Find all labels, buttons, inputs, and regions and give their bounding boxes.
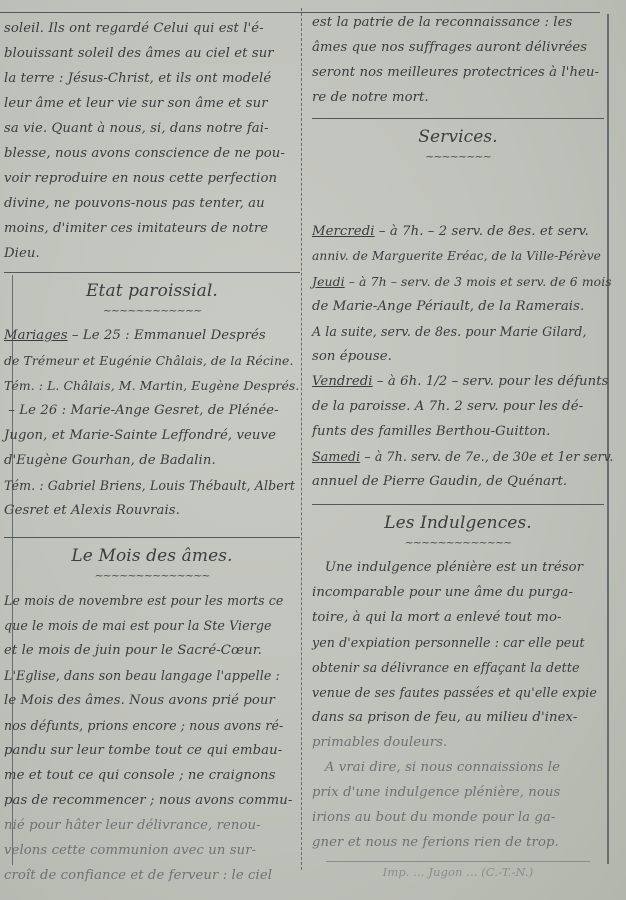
section-title: Etat paroissial. xyxy=(4,277,300,305)
right-column: est la patrie de la reconnaissance : les… xyxy=(312,10,604,882)
text-line: pas de recommencer ; nous avons commu- xyxy=(4,788,300,813)
service-entry-vendredi: Vendredi – à 6h. 1/2 – serv. pour les dé… xyxy=(312,369,604,444)
text-line: dans sa prison de feu, au milieu d'inex- xyxy=(312,705,604,730)
text-line: obtenir sa délivrance en effaçant la det… xyxy=(312,655,604,680)
text-line: est la patrie de la reconnaissance : les xyxy=(312,10,604,35)
text-line: me et tout ce qui console ; ne craignons xyxy=(4,763,300,788)
text-line: âmes que nos suffrages auront délivrées xyxy=(312,35,604,60)
text-line: Le mois de novembre est pour les morts c… xyxy=(4,588,300,613)
section-title: Le Mois des âmes. xyxy=(4,542,300,570)
squiggle-ornament: ~~~~~~~~ xyxy=(312,151,604,163)
text-line: L'Eglise, dans son beau langage l'appell… xyxy=(4,663,300,688)
right-frame-line xyxy=(607,14,609,864)
blank-space xyxy=(312,169,604,219)
text-line: son épouse. xyxy=(312,344,604,369)
text-line: Tém. : Gabriel Briens, Louis Thébault, A… xyxy=(4,473,300,498)
text-line: croît de confiance et de ferveur : le ci… xyxy=(4,863,300,888)
text-line: nos défunts, prions encore ; nous avons … xyxy=(4,713,300,738)
text-line: voir reproduire en nous cette perfection xyxy=(4,166,300,191)
text-line: de la paroisse. A 7h. 2 serv. pour les d… xyxy=(312,394,604,419)
squiggle-ornament: ~~~~~~~~~~~~~~ xyxy=(4,570,300,582)
squiggle-ornament: ~~~~~~~~~~~~ xyxy=(4,305,300,317)
intro-paragraph: soleil. Ils ont regardé Celui qui est l'… xyxy=(4,16,300,266)
text-line: Dieu. xyxy=(4,241,300,266)
text-line: – Le 26 : Marie-Ange Gesret, de Plénée- xyxy=(4,398,300,423)
text-line: primables douleurs. xyxy=(312,730,604,755)
text-line: Vendredi – à 6h. 1/2 – serv. pour les dé… xyxy=(312,369,604,394)
day-label: Mercredi xyxy=(312,224,375,239)
text-line: anniv. de Marguerite Eréac, de la Ville-… xyxy=(312,244,604,269)
text-line: d'Eugène Gourhan, de Badalin. xyxy=(4,448,300,473)
text-line: soleil. Ils ont regardé Celui qui est l'… xyxy=(4,16,300,41)
text-line: nié pour hâter leur délivrance, renou- xyxy=(4,813,300,838)
continuation-paragraph: est la patrie de la reconnaissance : les… xyxy=(312,10,604,110)
text-line: et le mois de juin pour le Sacré-Cœur. xyxy=(4,638,300,663)
section-rule xyxy=(4,537,300,538)
text-line: pandu sur leur tombe tout ce qui embau- xyxy=(4,738,300,763)
printer-footer: Imp. ... Jugon ... (C.-T.-N.) xyxy=(312,862,604,882)
text-line: que le mois de mai est pour la Ste Vierg… xyxy=(4,613,300,638)
section-title: Services. xyxy=(312,123,604,151)
text-line: moins, d'imiter ces imitateurs de notre xyxy=(4,216,300,241)
text-line: la terre : Jésus-Christ, et ils ont mode… xyxy=(4,66,300,91)
manuscript-page: soleil. Ils ont regardé Celui qui est l'… xyxy=(0,0,626,900)
service-entry-mercredi: Mercredi – à 7h. – 2 serv. de 8es. et se… xyxy=(312,219,604,269)
section-rule xyxy=(312,118,604,119)
day-label: Vendredi xyxy=(312,374,373,389)
text-line: incomparable pour une âme du purga- xyxy=(312,580,604,605)
text-line: sa vie. Quant à nous, si, dans notre fai… xyxy=(4,116,300,141)
text-line: Tém. : L. Châlais, M. Martin, Eugène Des… xyxy=(4,373,300,398)
left-column: soleil. Ils ont regardé Celui qui est l'… xyxy=(4,16,300,888)
text-line: re de notre mort. xyxy=(312,85,604,110)
day-label: Samedi xyxy=(312,449,360,464)
text-line: irions au bout du monde pour la ga- xyxy=(312,805,604,830)
text-line: Jugon, et Marie-Sainte Leffondré, veuve xyxy=(4,423,300,448)
section-indulgences: Les Indulgences. ~~~~~~~~~~~~~ Une indul… xyxy=(312,509,604,882)
text-line: funts des familles Berthou-Guitton. xyxy=(312,419,604,444)
text-line: Jeudi – à 7h – serv. de 3 mois et serv. … xyxy=(312,269,604,294)
text-line: gner et nous ne ferions rien de trop. xyxy=(312,830,604,855)
text-line: le Mois des âmes. Nous avons prié pour xyxy=(4,688,300,713)
text-line: divine, ne pouvons-nous pas tenter, au xyxy=(4,191,300,216)
text-line: yen d'expiation personnelle : car elle p… xyxy=(312,630,604,655)
text-line: A la suite, serv. de 8es. pour Marie Gil… xyxy=(312,319,604,344)
service-entry-samedi: Samedi – à 7h. serv. de 7e., de 30e et 1… xyxy=(312,444,604,494)
text-line: blouissant soleil des âmes au ciel et su… xyxy=(4,41,300,66)
text-line: seront nos meilleures protectrices à l'h… xyxy=(312,60,604,85)
text-line: toire, à qui la mort a enlevé tout mo- xyxy=(312,605,604,630)
text-line: blesse, nous avons conscience de ne pou- xyxy=(4,141,300,166)
squiggle-ornament: ~~~~~~~~~~~~~ xyxy=(312,537,604,549)
text-line: annuel de Pierre Gaudin, de Quénart. xyxy=(312,469,604,494)
text-line: velons cette communion avec un sur- xyxy=(4,838,300,863)
mariages-label: Mariages xyxy=(4,328,68,343)
column-divider xyxy=(301,8,308,870)
section-mois-des-ames: Le Mois des âmes. ~~~~~~~~~~~~~~ Le mois… xyxy=(4,542,300,888)
text-line: Mercredi – à 7h. – 2 serv. de 8es. et se… xyxy=(312,219,604,244)
text-line: de Marie-Ange Périault, de la Ramerais. xyxy=(312,294,604,319)
text-line: A vrai dire, si nous connaissions le xyxy=(312,755,604,780)
section-services: Services. ~~~~~~~~ Mercredi – à 7h. – 2 … xyxy=(312,123,604,494)
text-line: Gesret et Alexis Rouvrais. xyxy=(4,498,300,523)
service-entry-jeudi: Jeudi – à 7h – serv. de 3 mois et serv. … xyxy=(312,269,604,369)
text-line: venue de ses fautes passées et qu'elle e… xyxy=(312,680,604,705)
day-label: Jeudi xyxy=(312,274,345,289)
section-etat-paroissial: Etat paroissial. ~~~~~~~~~~~~ Mariages –… xyxy=(4,277,300,523)
text-line: Une indulgence plénière est un trésor xyxy=(312,555,604,580)
text-line: prix d'une indulgence plénière, nous xyxy=(312,780,604,805)
text-line: de Trémeur et Eugénie Châlais, de la Réc… xyxy=(4,348,300,373)
text-line: Mariages – Le 25 : Emmanuel Després xyxy=(4,323,300,348)
text-line: leur âme et leur vie sur son âme et sur xyxy=(4,91,300,116)
section-title: Les Indulgences. xyxy=(312,509,604,537)
text-line: Samedi – à 7h. serv. de 7e., de 30e et 1… xyxy=(312,444,604,469)
section-rule xyxy=(4,272,300,273)
section-rule xyxy=(312,504,604,505)
